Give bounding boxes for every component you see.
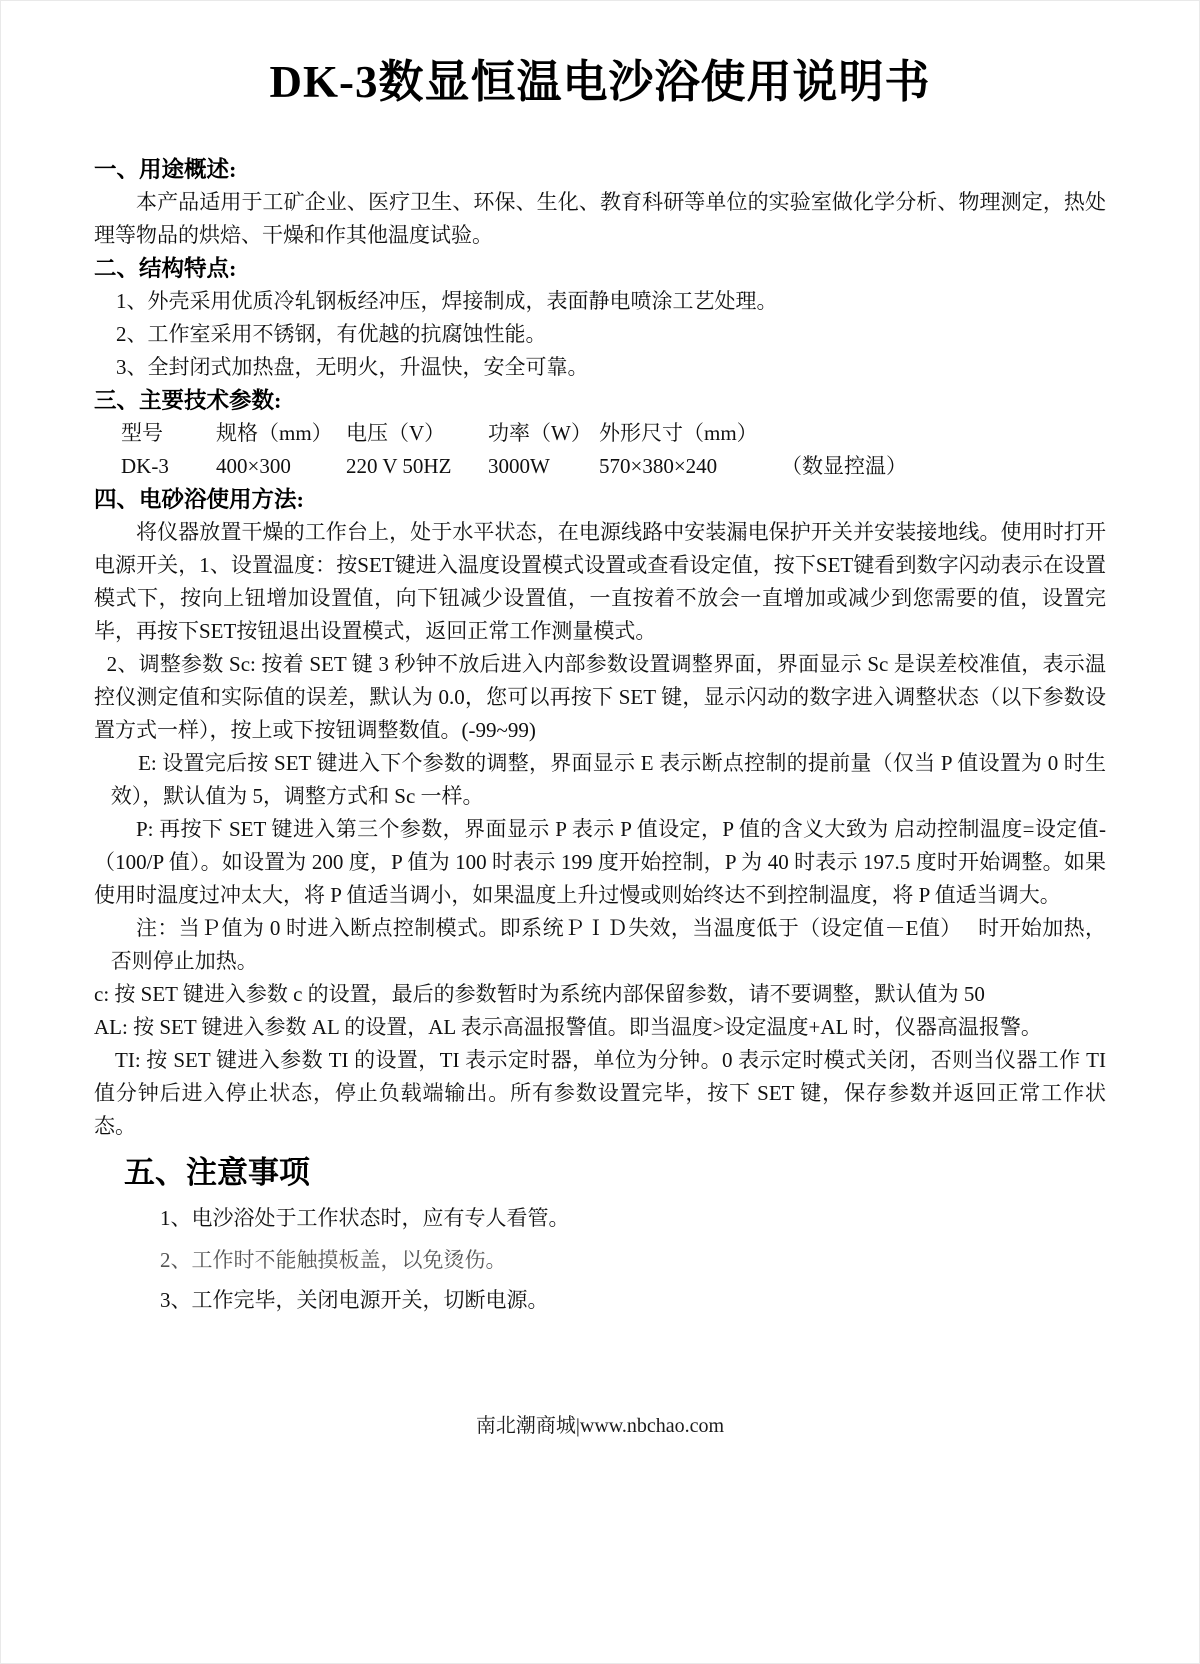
usage-paragraph-note: 注：当Ｐ值为 0 时进入断点控制模式。即系统ＰＩＤ失效，当温度低于（设定值－E值… (94, 912, 1106, 978)
spec-table: 型号 规格（mm） 电压（V） 功率（W） 外形尺寸（mm） DK-3 400×… (94, 417, 1106, 483)
spec-header-voltage: 电压（V） (346, 417, 488, 450)
usage-paragraph-c: c: 按 SET 键进入参数 c 的设置，最后的参数暂时为系统内部保留参数，请不… (94, 978, 1106, 1011)
feature-item-1: 1、外壳采用优质冷轧钢板经冲压，焊接制成，表面静电喷涂工艺处理。 (116, 285, 1106, 318)
feature-item-2: 2、工作室采用不锈钢，有优越的抗腐蚀性能。 (116, 318, 1106, 351)
notice-item-2: 2、工作时不能触摸板盖，以免烫伤。 (94, 1244, 1106, 1277)
section-4-heading: 四、电砂浴使用方法: (94, 483, 1106, 516)
section-3-heading: 三、主要技术参数: (94, 384, 1106, 417)
spec-header-extra (781, 417, 1106, 450)
spec-header-dimensions: 外形尺寸（mm） (599, 417, 781, 450)
spec-data-row: DK-3 400×300 220 V 50HZ 3000W 570×380×24… (121, 450, 1106, 483)
spec-value-dimensions: 570×380×240 (599, 450, 781, 483)
spec-value-model: DK-3 (121, 450, 216, 483)
spec-header-model: 型号 (121, 417, 216, 450)
spec-header-size: 规格（mm） (216, 417, 346, 450)
usage-paragraph-p: P: 再按下 SET 键进入第三个参数，界面显示 P 表示 P 值设定，P 值的… (94, 813, 1106, 912)
spec-header-power: 功率（W） (488, 417, 599, 450)
notice-item-1: 1、电沙浴处于工作状态时，应有专人看管。 (94, 1202, 1106, 1235)
section-1-body: 本产品适用于工矿企业、医疗卫生、环保、生化、教育科研等单位的实验室做化学分析、物… (94, 186, 1106, 252)
feature-item-3: 3、全封闭式加热盘，无明火，升温快，安全可靠。 (116, 351, 1106, 384)
usage-paragraph-main: 将仪器放置干燥的工作台上，处于水平状态，在电源线路中安装漏电保护开关并安装接地线… (94, 516, 1106, 648)
spec-value-power: 3000W (488, 450, 599, 483)
usage-paragraph-sc: 2、调整参数 Sc: 按着 SET 键 3 秒钟不放后进入内部参数设置调整界面，… (94, 648, 1106, 747)
spec-header-row: 型号 规格（mm） 电压（V） 功率（W） 外形尺寸（mm） (121, 417, 1106, 450)
section-5-heading: 五、注意事项 (124, 1151, 1106, 1195)
spec-value-voltage: 220 V 50HZ (346, 450, 488, 483)
feature-list: 1、外壳采用优质冷轧钢板经冲压，焊接制成，表面静电喷涂工艺处理。 2、工作室采用… (94, 285, 1106, 384)
section-2-heading: 二、结构特点: (94, 252, 1106, 285)
usage-paragraph-ti: TI: 按 SET 键进入参数 TI 的设置，TI 表示定时器，单位为分钟。0 … (94, 1044, 1106, 1143)
footer-site-credit: 南北潮商城|www.nbchao.com (94, 1409, 1106, 1438)
usage-paragraph-al: AL: 按 SET 键进入参数 AL 的设置，AL 表示高温报警值。即当温度>设… (94, 1011, 1106, 1044)
manual-page: DK-3数显恒温电沙浴使用说明书 一、用途概述: 本产品适用于工矿企业、医疗卫生… (0, 0, 1200, 1664)
usage-paragraph-e: E: 设置完后按 SET 键进入下个参数的调整，界面显示 E 表示断点控制的提前… (94, 747, 1106, 813)
spec-value-control: （数显控温） (781, 450, 1106, 483)
notice-item-3: 3、工作完毕，关闭电源开关，切断电源。 (94, 1284, 1106, 1317)
spec-value-size: 400×300 (216, 450, 346, 483)
document-title: DK-3数显恒温电沙浴使用说明书 (94, 57, 1106, 109)
section-1-heading: 一、用途概述: (94, 153, 1106, 186)
